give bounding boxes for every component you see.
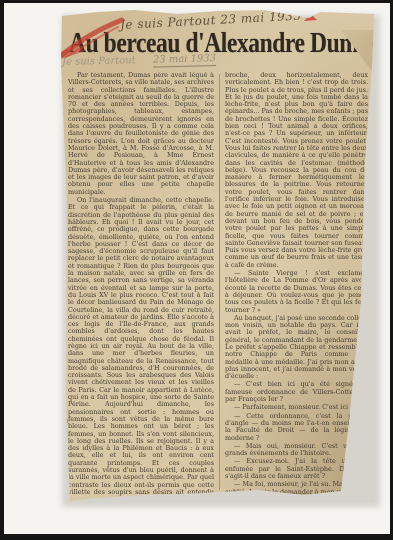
newspaper-clipping: Je suis Partout 23 mai 1933 Au berceau d… bbox=[58, 9, 376, 503]
article-column-left: Par testament, Dumas père avait légué à … bbox=[68, 72, 214, 496]
article-paragraph: broche, deux horizontalement, deux verti… bbox=[225, 72, 368, 269]
article-paragraph: — Cette ordonnance, c'est la pierre d'an… bbox=[225, 413, 368, 442]
scan-backing-paper: Je suis Partout 23 mai 1933 Au berceau d… bbox=[0, 0, 393, 540]
column-rule bbox=[219, 74, 220, 490]
article-paragraph: — Parfaitement, monsieur. C'est ici ! bbox=[225, 404, 368, 411]
red-tick-icon bbox=[302, 11, 320, 25]
article-column-right: broche, deux horizontalement, deux verti… bbox=[225, 72, 368, 496]
article-paragraph: Par testament, Dumas père avait légué à … bbox=[68, 72, 214, 196]
article-paragraph: — C'est bien ici qu'a été signée la fame… bbox=[225, 381, 368, 403]
article-paragraph: Au banquet, j'ai posé une seconde colle … bbox=[225, 315, 368, 381]
red-crayon-mark-icon bbox=[60, 15, 126, 59]
pencil-note-date: 23 mai 1933 bbox=[153, 53, 217, 68]
article-paragraph: — Sainte Vierge ! s'est exclamée l'hôtel… bbox=[225, 270, 368, 314]
article-body: Par testament, Dumas père avait légué à … bbox=[68, 72, 368, 496]
article-paragraph: On l'inaugurait dimanche, cette chapelle… bbox=[68, 197, 214, 496]
